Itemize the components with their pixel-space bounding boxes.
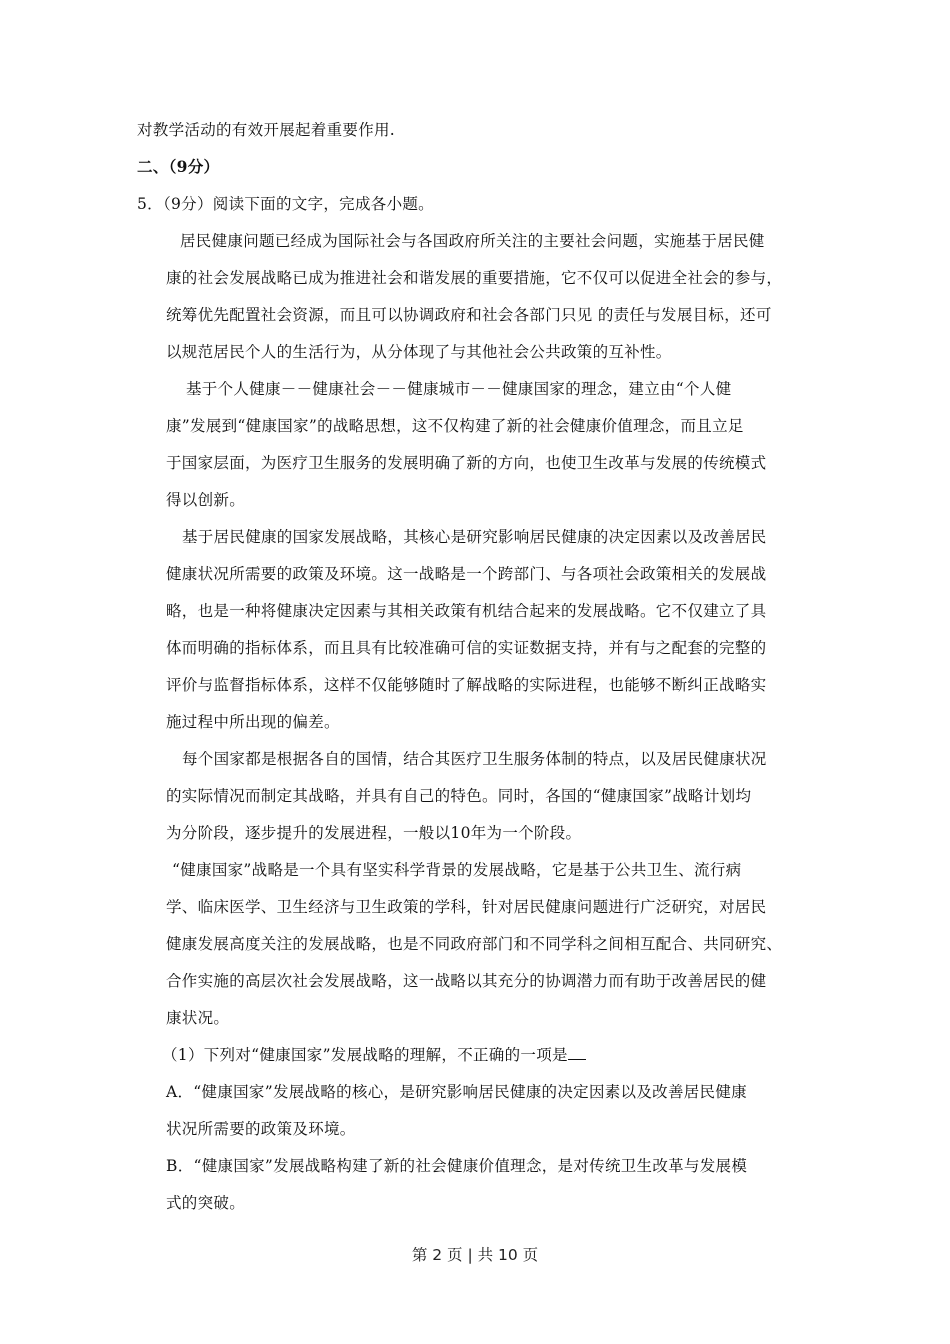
question-prompt: 5．（9分）阅读下面的文字，完成各小题。 [137, 194, 434, 214]
answer-blank [568, 1045, 586, 1060]
passage-line: 每个国家都是根据各自的国情，结合其医疗卫生服务体制的特点，以及居民健康状况 [182, 749, 767, 769]
passage-line: 于国家层面，为医疗卫生服务的发展明确了新的方向，也使卫生改革与发展的传统模式 [166, 453, 766, 473]
option-a-line-1: A．“健康国家”发展战略的核心，是研究影响居民健康的决定因素以及改善居民健康 [166, 1082, 747, 1102]
passage-line: 健康发展高度关注的发展战略，也是不同政府部门和不同学科之间相互配合、共同研究、 [166, 934, 782, 954]
passage-line: 居民健康问题已经成为国际社会与各国政府所关注的主要社会问题，实施基于居民健 [180, 231, 765, 251]
passage-line: 康的社会发展战略已成为推进社会和谐发展的重要措施，它不仅可以促进全社会的参与， [166, 268, 782, 288]
passage-line: 施过程中所出现的偏差。 [166, 712, 340, 732]
passage-line: 统筹优先配置社会资源，而且可以协调政府和社会各部门只见 的责任与发展目标，还可 [166, 305, 772, 325]
option-a-line-2: 状况所需要的政策及环境。 [166, 1119, 356, 1139]
passage-line: 康状况。 [166, 1008, 229, 1028]
passage-line: 康”发展到“健康国家”的战略思想，这不仅构建了新的社会健康价值理念，而且立足 [166, 416, 744, 436]
passage-line: 略，也是一种将健康决定因素与其相关政策有机结合起来的发展战略。它不仅建立了具 [166, 601, 766, 621]
passage-line: 健康状况所需要的政策及环境。这一战略是一个跨部门、与各项社会政策相关的发展战 [166, 564, 766, 584]
sub-question-stem-text: （1）下列对“健康国家”发展战略的理解，不正确的一项是 [162, 1046, 568, 1064]
sub-question-1-stem: （1）下列对“健康国家”发展战略的理解，不正确的一项是 [162, 1045, 586, 1065]
passage-line: 以规范居民个人的生活行为，从分体现了与其他社会公共政策的互补性。 [166, 342, 672, 362]
passage-line: 的实际情况而制定其战略，并具有自己的特色。同时，各国的“健康国家”战略计划均 [166, 786, 751, 806]
passage-line: 为分阶段，逐步提升的发展进程，一般以10年为一个阶段。 [166, 823, 581, 843]
passage-line: 评价与监督指标体系，这样不仅能够随时了解战略的实际进程，也能够不断纠正战略实 [166, 675, 766, 695]
passage-line: 学、临床医学、卫生经济与卫生政策的学科，针对居民健康问题进行广泛研究，对居民 [166, 897, 766, 917]
passage-line: 得以创新。 [166, 490, 245, 510]
passage-line: 合作实施的高层次社会发展战略，这一战略以其充分的协调潜力而有助于改善居民的健 [166, 971, 766, 991]
option-b-line-1: B．“健康国家”发展战略构建了新的社会健康价值理念，是对传统卫生改革与发展模 [166, 1156, 747, 1176]
page-footer: 第 2 页 | 共 10 页 [0, 1243, 950, 1265]
section-heading: 二、（9分） [137, 157, 219, 177]
passage-line: 基于个人健康－－健康社会－－健康城市－－健康国家的理念，建立由“个人健 [186, 379, 731, 399]
previous-text-tail: 对教学活动的有效开展起着重要作用. [137, 120, 395, 140]
passage-line: 基于居民健康的国家发展战略，其核心是研究影响居民健康的决定因素以及改善居民 [182, 527, 767, 547]
passage-line: “健康国家”战略是一个具有坚实科学背景的发展战略，它是基于公共卫生、流行病 [172, 860, 741, 880]
option-b-line-2: 式的突破。 [166, 1193, 245, 1213]
passage-line: 体而明确的指标体系，而且具有比较准确可信的实证数据支持，并有与之配套的完整的 [166, 638, 766, 658]
